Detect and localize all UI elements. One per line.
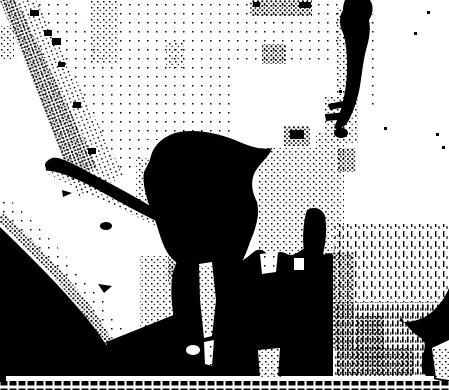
speck [299,2,311,8]
speck [442,146,445,149]
speck [414,32,417,35]
small-blob [100,222,112,230]
photo-canvas [0,0,449,390]
dithered-photo [0,0,449,390]
speck [30,10,39,16]
overlay-speckle [258,348,282,378]
speck [73,102,81,108]
texture-speckle-column [90,0,118,64]
texture-speckle-field [120,0,235,140]
speck [253,2,260,7]
bright-spot [186,345,200,355]
texture-cluster [262,44,286,64]
speck [427,11,430,14]
speck [52,38,61,45]
speck [58,62,65,67]
small-clump [290,130,304,139]
texture-left-edge [0,26,14,60]
streak-top-head [343,0,369,32]
overlay-speckle [432,348,449,378]
speck [339,90,342,93]
overlay-speckle [199,266,219,334]
speck [436,133,439,136]
overlay-speckle [260,252,280,274]
texture-speckle-column [90,64,118,112]
bottom-centre-dark-mass [171,247,333,382]
texture-bottom-patch [338,348,414,378]
texture-cluster [166,42,184,68]
bright-patch [294,258,304,270]
speck [44,30,52,36]
overlay-speckle [6,374,432,378]
small-blob [334,128,348,138]
texture-mass-fringe [332,252,354,348]
overlay-speckle [204,340,216,366]
speck [88,148,96,154]
bottom-dashed-edge [0,381,449,390]
speck [384,127,387,130]
